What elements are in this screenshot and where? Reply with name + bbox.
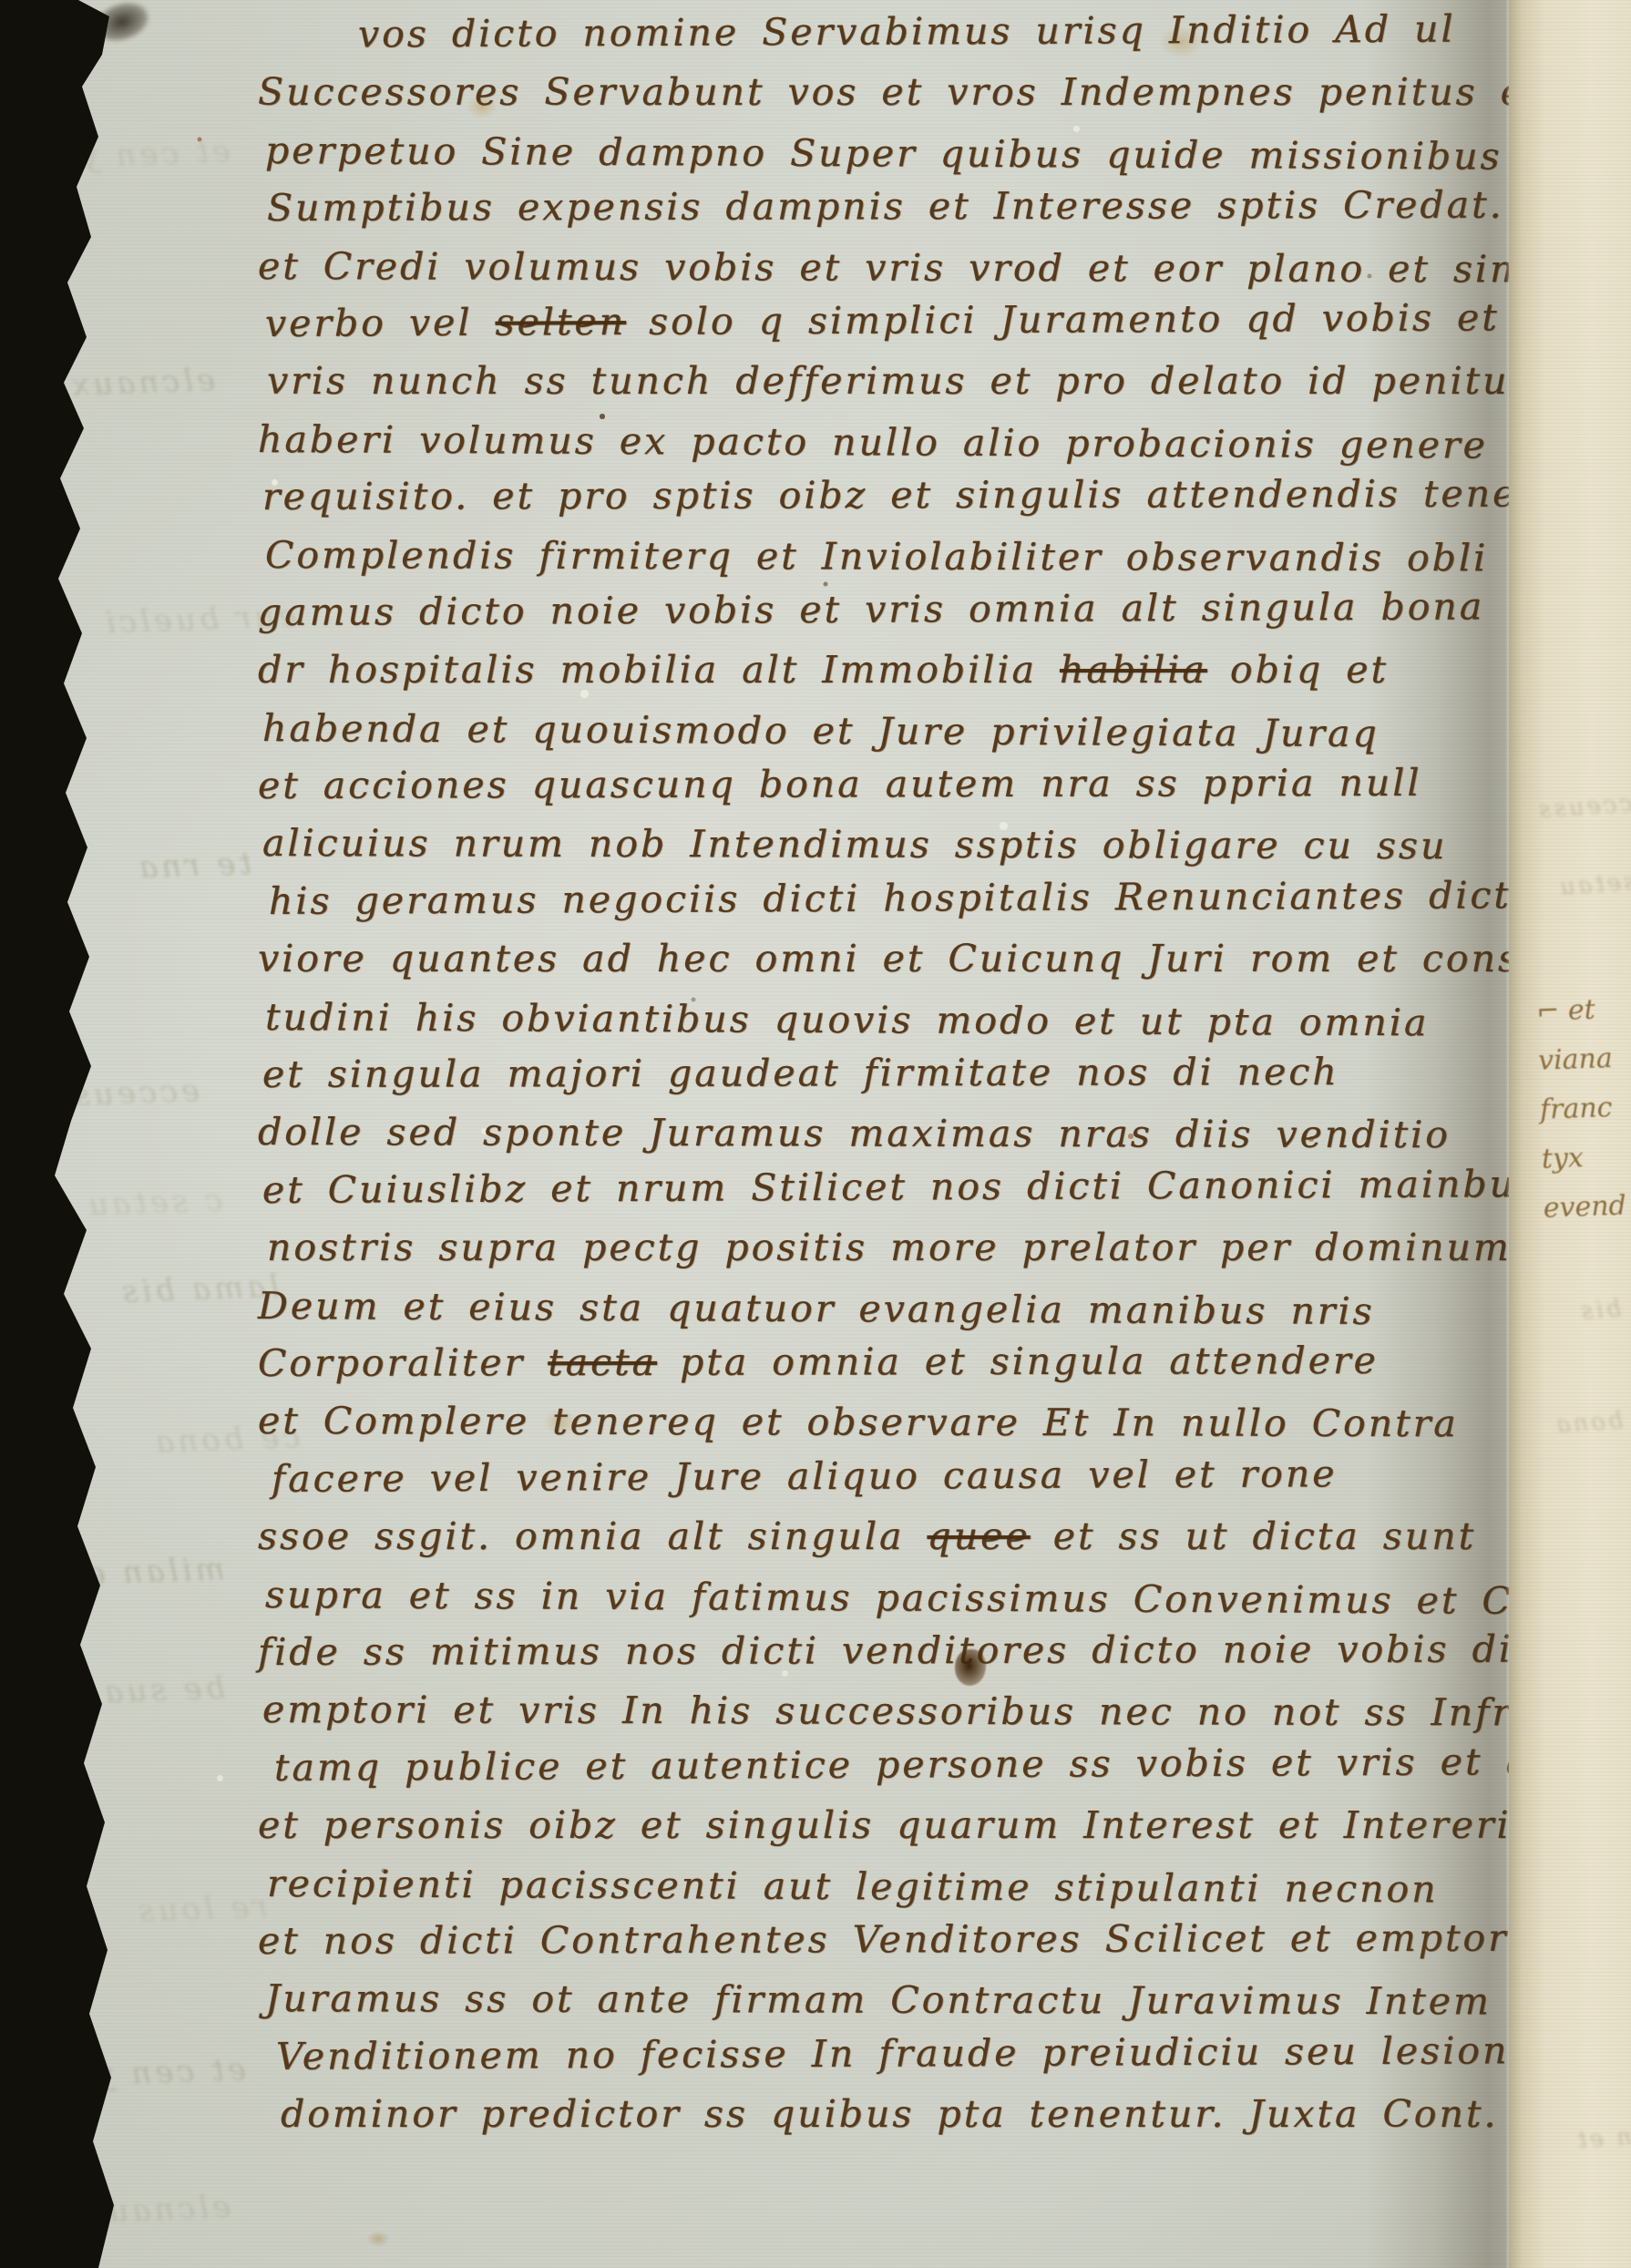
line-text: vos dicto nomine Servabimus urisq Inditi…	[358, 7, 1456, 56]
ink-smudge	[90, 0, 153, 47]
manuscript-page: et cen y ltelcnauxeur buelcite rnaecceus…	[0, 0, 1520, 2268]
line-text: solo q simplici Juramento qd vobis et	[626, 295, 1500, 344]
manuscript-line: Corporaliter tacta pta omnia et singula …	[258, 1339, 1517, 1400]
manuscript-line: ssoe ssgit. omnia alt singula quee et ss…	[258, 1514, 1517, 1572]
manuscript-line: et Cuiuslibz et nrum Stilicet nos dicti …	[258, 1162, 1517, 1226]
paper-flecks	[0, 0, 3, 3]
manuscript-line: verbo vel selten solo q simplici Juramen…	[258, 295, 1517, 359]
manuscript-line: Sumptibus expensis dampnis et Interesse …	[258, 183, 1517, 244]
line-text: emptori et vris In his successoribus nec…	[262, 1688, 1538, 1734]
manuscript-line: et personis oibz et singulis quarum Inte…	[258, 1803, 1517, 1861]
line-text: nostris supra pectg positis more prelato…	[267, 1226, 1512, 1269]
binding-residue	[9, 197, 31, 204]
line-text: his geramus negociis dicti hospitalis Re…	[269, 873, 1537, 923]
manuscript-line: facere vel venire Jure aliquo causa vel …	[258, 1451, 1517, 1514]
line-text: dolle sed sponte Juramus maximas nras di…	[258, 1110, 1451, 1156]
adjacent-page: ecceussc setaulama bisce bonamilan et ⌐ …	[1509, 0, 1631, 2268]
manuscript-line: emptori et vris In his successoribus nec…	[258, 1688, 1517, 1749]
line-text: ssoe ssgit. omnia alt singula	[258, 1514, 927, 1558]
show-through-mark: milan et	[1574, 2119, 1631, 2154]
struck-word: quee	[927, 1514, 1030, 1558]
line-text: supra et ss in via fatimus pacissimus Co…	[265, 1573, 1615, 1623]
line-text: Juramus ss ot ante firmam Contractu Jura…	[265, 1976, 1492, 2023]
manuscript-line: fide ss mitimus nos dicti venditores dic…	[258, 1627, 1517, 1688]
line-text: dr hospitalis mobilia alt Immobilia	[258, 648, 1060, 692]
line-text: alicuius nrum nob Intendimus ssptis obli…	[262, 821, 1448, 867]
margin-note-line: evend	[1543, 1181, 1631, 1233]
line-text: et Credi volumus vobis et vris vrod et e…	[258, 244, 1623, 292]
manuscript-line: dolle sed sponte Juramus maximas nras di…	[258, 1110, 1517, 1171]
line-text: pta omnia et singula attendere	[657, 1339, 1379, 1384]
show-through-mark: c setau	[84, 1182, 223, 1223]
show-through-mark: ecceuss	[50, 1072, 200, 1114]
show-through-mark: ecceuss	[1535, 789, 1631, 825]
struck-word: selten	[495, 300, 626, 344]
line-text: recipienti pacisscenti aut legitime stip…	[267, 1862, 1439, 1911]
manuscript-line: his geramus negociis dicti hospitalis Re…	[258, 873, 1517, 937]
manuscript-line: vos dicto nomine Servabimus urisq Inditi…	[258, 6, 1517, 70]
manuscript-line: Juramus ss ot ante firmam Contractu Jura…	[258, 1976, 1517, 2037]
line-text: verbo vel	[265, 301, 496, 345]
manuscript-line: recipienti pacisscenti aut legitime stip…	[258, 1862, 1517, 1925]
show-through-mark: et cen y lt	[49, 2051, 246, 2094]
line-text: Deum et eius sta quatuor evangelia manib…	[258, 1284, 1375, 1333]
manuscript-photo: et cen y ltelcnauxeur buelcite rnaecceus…	[0, 0, 1631, 2268]
show-through-mark: lama bis	[118, 1268, 280, 1310]
margin-note: ⌐ etvianafranctyxevend	[1535, 984, 1631, 1233]
show-through-mark: lama bis	[1577, 1289, 1631, 1325]
line-text: haberi volumus ex pacto nullo alio proba…	[258, 417, 1488, 467]
line-text: viore quantes ad hec omni et Cuicunq Jur…	[258, 937, 1572, 980]
manuscript-line: et singula majori gaudeat firmitate nos …	[258, 1050, 1517, 1111]
line-text: et ss ut dicta sunt	[1031, 1514, 1476, 1558]
manuscript-text: vos dicto nomine Servabimus urisq Inditi…	[258, 13, 1517, 2150]
manuscript-line: et acciones quascunq bona autem nra ss p…	[258, 761, 1517, 822]
margin-note-line: franc	[1539, 1083, 1631, 1134]
manuscript-line: et Complere tenereq et observare Et In n…	[258, 1399, 1517, 1460]
line-text: et acciones quascunq bona autem nra ss p…	[258, 761, 1422, 807]
line-text: tudini his obviantibus quovis modo et ut…	[265, 995, 1430, 1044]
show-through-mark: et cen y lt	[34, 133, 231, 176]
line-text: et Complere tenereq et observare Et In n…	[258, 1399, 1459, 1445]
binding-residue	[24, 111, 51, 119]
manuscript-line: dominor predictor ss quibus pta tenentur…	[258, 2092, 1517, 2150]
line-text: et Cuiuslibz et nrum Stilicet nos dicti …	[262, 1162, 1538, 1212]
line-text: perpetuo Sine dampno Super quibus quide …	[265, 128, 1503, 179]
binding-residue	[11, 652, 35, 661]
paper-specks	[0, 0, 2, 2]
show-through-mark: ce bona	[1553, 1404, 1631, 1440]
manuscript-line: Successores Servabunt vos et vros Indemp…	[258, 70, 1517, 128]
binding-residue	[13, 56, 36, 63]
manuscript-line: nostris supra pectg positis more prelato…	[258, 1226, 1517, 1283]
photo-background: { "background_color": "#12100a", "page":…	[0, 0, 1631, 2268]
line-text: vris nunch ss tunch defferimus et pro de…	[267, 359, 1532, 403]
manuscript-line: Venditionem no fecisse In fraude preiudi…	[258, 2028, 1517, 2092]
line-text: fide ss mitimus nos dicti venditores dic…	[258, 1627, 1580, 1674]
line-text: et personis oibz et singulis quarum Inte…	[258, 1803, 1529, 1847]
paper-stain	[366, 2231, 390, 2247]
line-text: habenda et quouismodo et Jure privilegia…	[262, 706, 1380, 755]
manuscript-line: viore quantes ad hec omni et Cuicunq Jur…	[258, 937, 1517, 994]
manuscript-line: tamq publice et autentice persone ss vob…	[258, 1739, 1517, 1803]
line-text: Venditionem no fecisse In fraude preiudi…	[276, 2028, 1534, 2078]
manuscript-line: et nos dicti Contrahentes Venditores Sci…	[258, 1916, 1517, 1977]
margin-note-line: tyx	[1541, 1132, 1631, 1184]
line-text: tamq publice et autentice persone ss vob…	[274, 1739, 1596, 1790]
manuscript-line: vris nunch ss tunch defferimus et pro de…	[258, 359, 1517, 416]
line-text: et singula majori gaudeat firmitate nos …	[262, 1050, 1339, 1096]
line-text: Successores Servabunt vos et vros Indemp…	[258, 70, 1543, 114]
line-text: et nos dicti Contrahentes Venditores Sci…	[258, 1916, 1509, 1963]
show-through-mark: be sua	[100, 1670, 226, 1711]
line-text: Corporaliter	[258, 1340, 548, 1385]
binding-residue	[18, 36, 49, 44]
show-through-mark: elcnaux	[83, 2189, 231, 2231]
line-text: Complendis firmiterq et Inviolabiliter o…	[265, 533, 1488, 580]
show-through-mark: elcnaux	[67, 362, 216, 404]
struck-word: tacta	[548, 1340, 657, 1384]
manuscript-line: dr hospitalis mobilia alt Immobilia habi…	[258, 648, 1517, 705]
binding-residue	[18, 813, 40, 820]
binding-residue	[22, 410, 46, 417]
line-text: requisito. et pro sptis oibz et singulis…	[262, 472, 1607, 519]
manuscript-line: alicuius nrum nob Intendimus ssptis obli…	[258, 821, 1517, 882]
margin-note-line: ⌐ et	[1535, 984, 1628, 1036]
line-text: obiq et	[1207, 648, 1389, 692]
show-through-mark: c setau	[1556, 867, 1631, 901]
manuscript-line: requisito. et pro sptis oibz et singulis…	[258, 472, 1517, 533]
show-through-mark: te rna	[135, 846, 251, 886]
line-text: gamus dicto noie vobis et vris omnia alt…	[258, 584, 1484, 634]
binding-residue	[16, 317, 42, 324]
line-text: Sumptibus expensis dampnis et Interesse …	[267, 183, 1504, 230]
margin-note-line: viana	[1537, 1033, 1630, 1085]
line-text: dominor predictor ss quibus pta tenentur…	[281, 2092, 1498, 2136]
manuscript-line: gamus dicto noie vobis et vris omnia alt…	[258, 584, 1517, 648]
show-through-mark: milan et	[67, 1551, 225, 1593]
struck-word: habilia	[1060, 648, 1207, 692]
show-through-mark: re lous	[134, 1888, 268, 1929]
line-text: facere vel venire Jure aliquo causa vel …	[272, 1452, 1338, 1501]
